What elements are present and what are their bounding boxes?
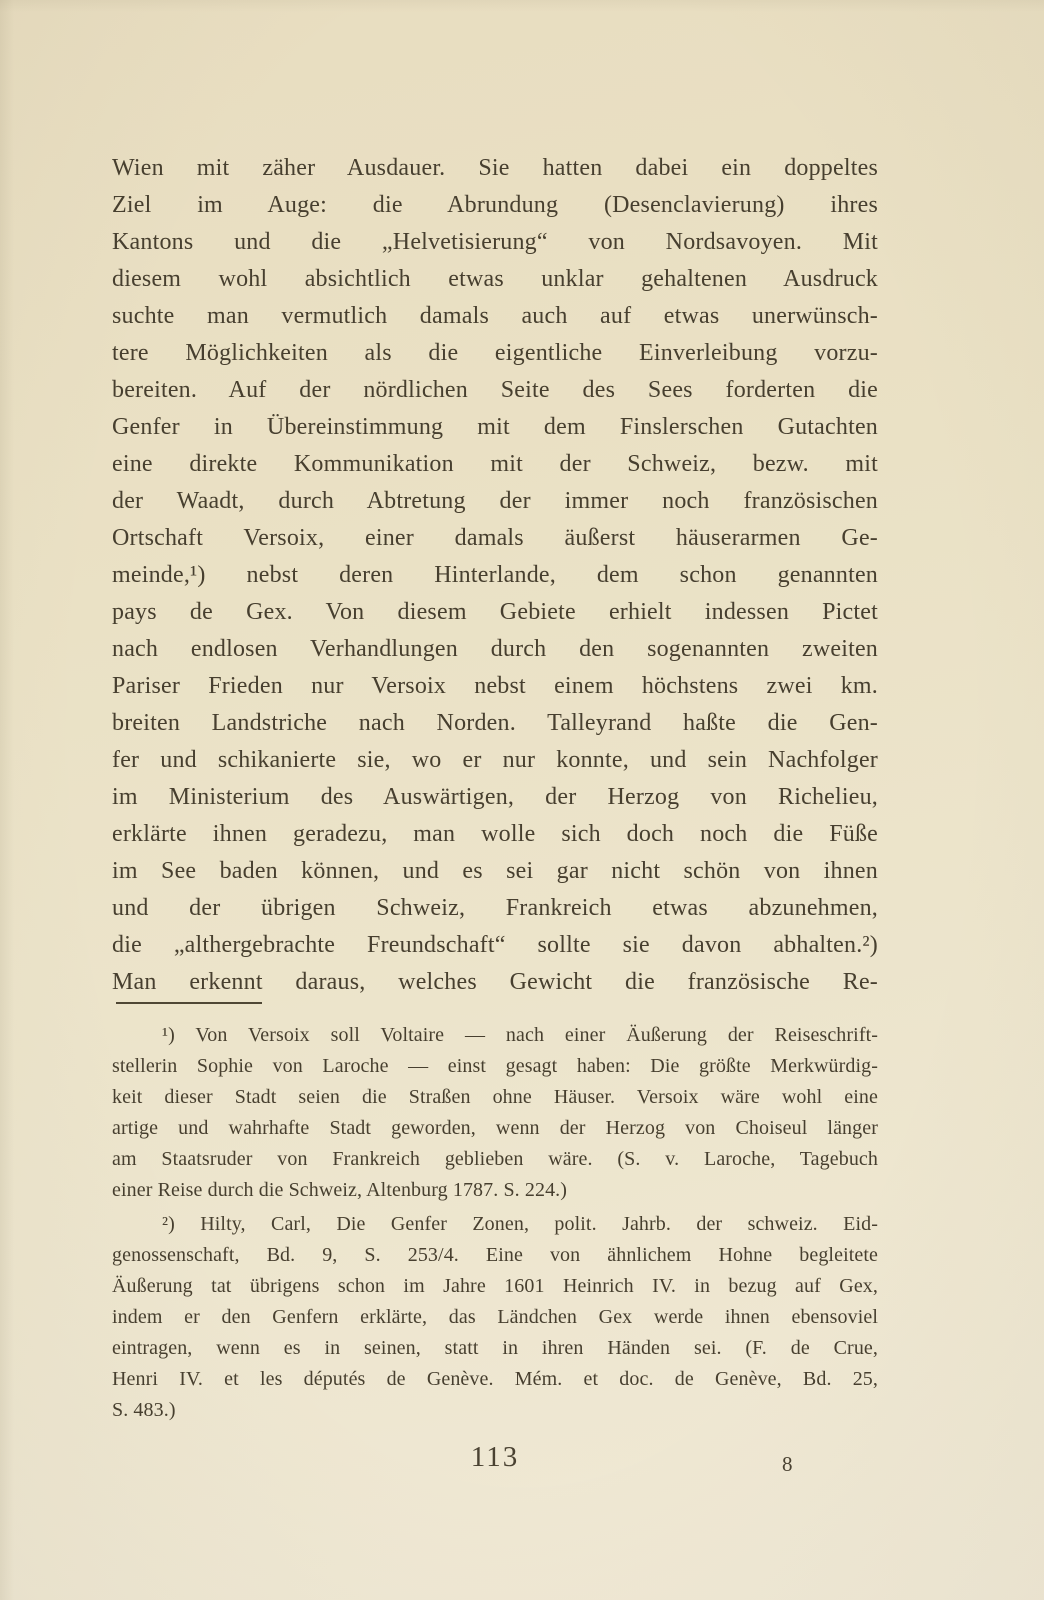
text-line: Man erkennt daraus, welches Gewicht die … [112, 964, 878, 1001]
text-line: meinde,¹) nebst deren Hinterlande, dem s… [112, 557, 878, 594]
footnote-1: ¹) Von Versoix soll Voltaire — nach eine… [112, 1020, 878, 1206]
text-line: am Staatsruder von Frankreich geblieben … [112, 1144, 878, 1175]
text-line: Wien mit zäher Ausdauer. Sie hatten dabe… [112, 150, 878, 187]
text-line: die „althergebrachte Freundschaft“ sollt… [112, 927, 878, 964]
text-line: ²) Hilty, Carl, Die Genfer Zonen, polit.… [112, 1209, 878, 1240]
text-line: nach endlosen Verhandlungen durch den so… [112, 631, 878, 668]
body-paragraph: Wien mit zäher Ausdauer. Sie hatten dabe… [112, 150, 878, 1001]
text-line: genossenschaft, Bd. 9, S. 253/4. Eine vo… [112, 1240, 878, 1271]
text-line: breiten Landstriche nach Norden. Talleyr… [112, 705, 878, 742]
text-line: eine direkte Kommunikation mit der Schwe… [112, 446, 878, 483]
text-line: ¹) Von Versoix soll Voltaire — nach eine… [112, 1020, 878, 1051]
text-line: im See baden können, und es sei gar nich… [112, 853, 878, 890]
text-line: und der übrigen Schweiz, Frankreich etwa… [112, 890, 878, 927]
text-line: stellerin Sophie von Laroche — einst ges… [112, 1051, 878, 1082]
text-line: Kantons und die „Helvetisierung“ von Nor… [112, 224, 878, 261]
text-line: bereiten. Auf der nördlichen Seite des S… [112, 372, 878, 409]
text-line: der Waadt, durch Abtretung der immer noc… [112, 483, 878, 520]
signature-mark: 8 [782, 1452, 793, 1476]
text-line: Pariser Frieden nur Versoix nebst einem … [112, 668, 878, 705]
text-line: S. 483.) [112, 1395, 878, 1426]
footnote-2: ²) Hilty, Carl, Die Genfer Zonen, polit.… [112, 1209, 878, 1426]
text-line: diesem wohl absichtlich etwas unklar geh… [112, 261, 878, 298]
text-line: Ziel im Auge: die Abrundung (Desenclavie… [112, 187, 878, 224]
text-line: im Ministerium des Auswärtigen, der Herz… [112, 779, 878, 816]
text-line: erklärte ihnen geradezu, man wolle sich … [112, 816, 878, 853]
scanned-book-page: Wien mit zäher Ausdauer. Sie hatten dabe… [0, 0, 1044, 1600]
text-line: eintragen, wenn es in seinen, statt in i… [112, 1333, 878, 1364]
page-number: 113 [112, 1440, 878, 1474]
text-line: Genfer in Übereinstimmung mit dem Finsle… [112, 409, 878, 446]
text-line: Ortschaft Versoix, einer damals äußerst … [112, 520, 878, 557]
text-line: suchte man vermutlich damals auch auf et… [112, 298, 878, 335]
text-line: Äußerung tat übrigens schon im Jahre 160… [112, 1271, 878, 1302]
footnote-separator-rule [116, 1002, 262, 1004]
text-line: Henri IV. et les députés de Genève. Mém.… [112, 1364, 878, 1395]
text-line: tere Möglichkeiten als die eigentliche E… [112, 335, 878, 372]
text-line: indem er den Genfern erklärte, das Ländc… [112, 1302, 878, 1333]
text-line: keit dieser Stadt seien die Straßen ohne… [112, 1082, 878, 1113]
text-line: einer Reise durch die Schweiz, Altenburg… [112, 1175, 878, 1206]
text-line: artige und wahrhafte Stadt geworden, wen… [112, 1113, 878, 1144]
text-line: fer und schikanierte sie, wo er nur konn… [112, 742, 878, 779]
text-line: pays de Gex. Von diesem Gebiete erhielt … [112, 594, 878, 631]
